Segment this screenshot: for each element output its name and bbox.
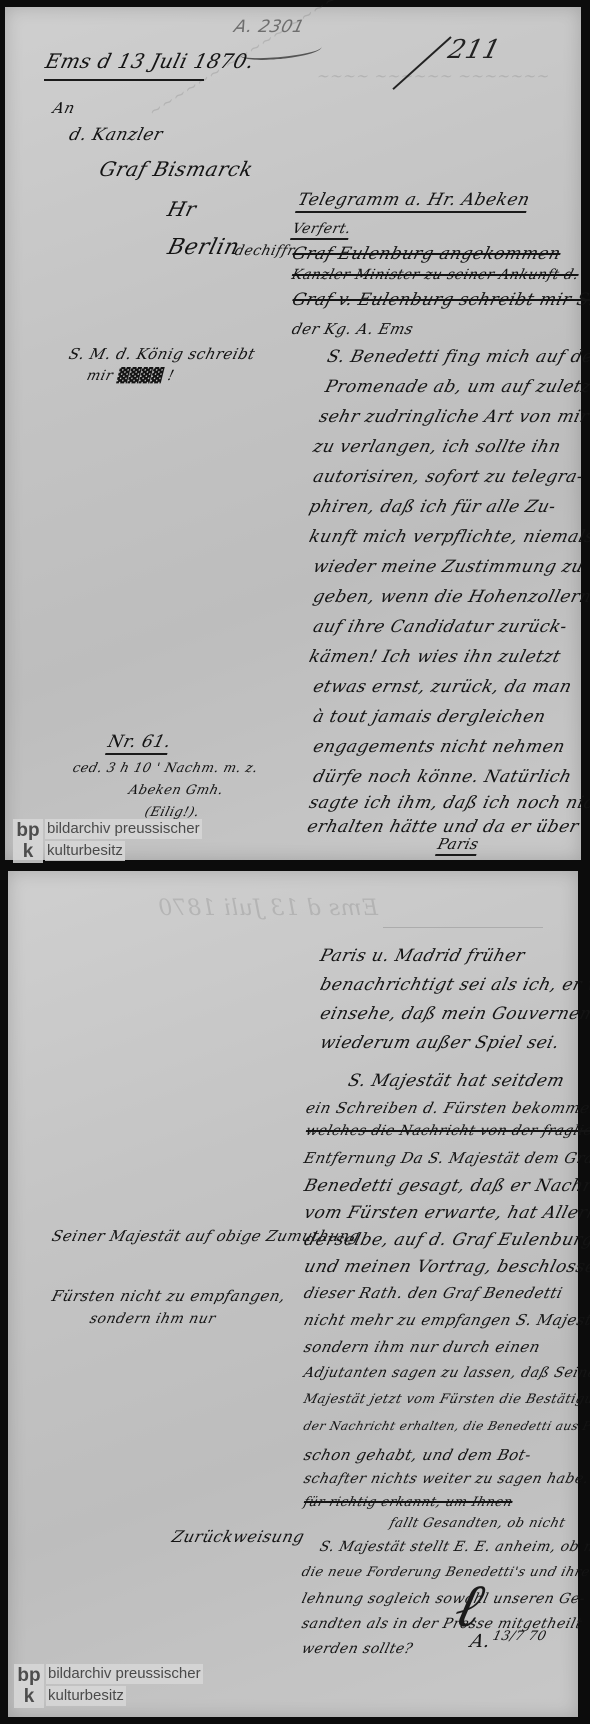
bleed-through-text: ~~~~ ~~~~~~ ~~~~~~~ (315, 67, 552, 85)
body-line: ein Schreiben d. Fürsten bekommen. Da (304, 1099, 590, 1117)
body-line: vom Fürsten erwarte, hat Allerhöchst- (302, 1203, 590, 1223)
body-line: S. Majestät hat seitdem (346, 1071, 567, 1091)
document-page-2: Ems d 13 Juli 1870 Paris u. Madrid frühe… (8, 871, 578, 1717)
body-line: sagte ich ihm, daß ich noch nichts (307, 793, 590, 813)
body-line: dieser Rath. den Graf Benedetti (302, 1284, 565, 1302)
bpk-logo: bp k (13, 819, 43, 863)
body-line: sehr zudringliche Art von mir (317, 407, 590, 427)
body-line: dürfe noch könne. Natürlich (311, 767, 574, 787)
addressee-line: Berlin (165, 235, 242, 260)
body-line: engagements nicht nehmen (311, 737, 567, 757)
document-page-1: ~~~~~~ ~~~~~ ~~~~~~~~ ~~~~ ~~~~~~ ~~~~~~… (5, 7, 581, 860)
body-line-struck: für richtig erkannt, um Ihnen (302, 1495, 514, 1510)
dateline: Ems d 13 Juli 1870. (43, 49, 257, 73)
bpk-logo: bp k (14, 1664, 44, 1708)
body-line: Adjutanten sagen zu lassen, daß Seine (302, 1365, 590, 1381)
folio-number: 211 (445, 35, 504, 65)
body-line: und meinen Vortrag, beschlossen, (302, 1257, 590, 1277)
margin-note-line: mir ▓▓▓▓ ! (85, 368, 176, 384)
signature: A. (468, 1631, 493, 1652)
body-line: à tout jamais dergleichen (311, 707, 548, 727)
addressee-line: An (51, 99, 77, 117)
dispatch-note-line: Abeken Gmh. (127, 783, 225, 798)
body-line: einsehe, daß mein Gouvernement (318, 1004, 590, 1024)
body-line-struck: Graf Eulenburg angekommen (290, 244, 563, 264)
watermark-line-2: kulturbesitz (45, 841, 125, 861)
body-line: schon gehabt, und dem Bot- (302, 1446, 533, 1464)
body-line: wieder meine Zustimmung zu (311, 557, 586, 577)
body-line: Paris (435, 835, 481, 856)
telegram-number: Nr. 61. (105, 732, 173, 755)
body-line-struck: Kanzler-Minister-zu-seiner Ankunft d. (290, 267, 581, 283)
body-line: kämen! Ich wies ihn zuletzt (307, 647, 563, 667)
body-line: nicht mehr zu empfangen S. Majestät (302, 1311, 590, 1329)
body-line: benachrichtigt sei als ich, er wohl (318, 975, 590, 995)
bpk-watermark: bp k bildarchiv preussischer kulturbesit… (14, 1664, 203, 1708)
addressee-line: d. Kanzler (67, 125, 165, 145)
body-line: Paris u. Madrid früher (318, 946, 527, 966)
body-line: schafter nichts weiter zu sagen habe. (302, 1471, 590, 1487)
telegram-heading: Telegramm a. Hr. Abeken (295, 190, 532, 213)
body-line: werden sollte? (300, 1641, 415, 1657)
bleed-through-header: Ems d 13 Juli 1870 (158, 896, 378, 921)
body-line: sondern ihm nur durch einen (302, 1338, 542, 1356)
body-line: zu verlangen, ich sollte ihn (311, 437, 563, 457)
body-line: die neue Forderung Benedetti's und ihre … (300, 1565, 590, 1580)
body-line: geben, wenn die Hohenzollern (311, 587, 590, 607)
body-line-struck: welches die Nachricht von der fraglichen (304, 1123, 590, 1139)
addressee-line: Graf Bismarck (97, 157, 256, 181)
dateline-underline (44, 79, 204, 81)
body-line: S. Majestät stellt E. E. anheim, ob nich… (318, 1539, 590, 1555)
dispatch-note-line: ced. 3 h 10 ' Nachm. m. z. (71, 761, 260, 776)
watermark-line-1: bildarchiv preussischer (45, 819, 202, 839)
body-line: Benedetti gesagt, daß er Nachricht (302, 1176, 590, 1196)
body-line: auf ihre Candidatur zurück- (311, 617, 569, 637)
watermark-line-1: bildarchiv preussischer (46, 1664, 203, 1684)
body-line: erhalten hätte und da er über (305, 817, 581, 837)
body-line: der Kg. A. Ems (290, 320, 416, 338)
margin-note: Zurückweisung (170, 1527, 307, 1546)
body-line: Entfernung Da S. Majestät dem Graf (302, 1149, 590, 1167)
body-line: S. Benedetti fing mich auf der (325, 347, 590, 367)
body-line: lehnung sogleich sowohl unseren Ge- (300, 1591, 587, 1607)
watermark-line-2: kulturbesitz (46, 1686, 126, 1706)
body-line: wiederum außer Spiel sei. (318, 1033, 562, 1053)
body-line: phiren, daß ich für alle Zu- (307, 497, 558, 517)
margin-note: Fürsten nicht zu empfangen, (50, 1287, 288, 1305)
addressee-line: Hr (165, 197, 199, 221)
bpk-watermark: bp k bildarchiv preussischer kulturbesit… (13, 819, 202, 863)
body-line-struck: Graf v. Eulenburg schreibt mir S.M. (290, 290, 590, 310)
body-line: der Nachricht erhalten, die Benedetti au… (302, 1419, 590, 1433)
margin-note: sondern ihm nur (88, 1311, 217, 1327)
body-line: Majestät jetzt vom Fürsten die Bestätigu… (302, 1392, 590, 1407)
body-line: Promenade ab, um auf zuletzt (323, 377, 590, 397)
dispatch-note-line: (Eilig!). (143, 805, 201, 820)
body-line: fallt Gesandten, ob nicht (388, 1516, 567, 1531)
addressee-line: dechiffr. (233, 243, 300, 259)
bleed-through-rule (383, 927, 543, 928)
body-line: kunft mich verpflichte, niemals (307, 527, 590, 547)
body-line: autorisiren, sofort zu telegra- (311, 467, 586, 487)
margin-note: Seiner Majestät auf obige Zumuthung (50, 1227, 362, 1245)
body-line: Verfert. (290, 221, 353, 240)
body-line: etwas ernst, zurück, da man (311, 677, 574, 697)
margin-note-line: S. M. d. König schreibt (67, 345, 257, 363)
archive-number: A. 2301 (232, 17, 307, 37)
signature-date: 13/7 70 (491, 1629, 548, 1644)
